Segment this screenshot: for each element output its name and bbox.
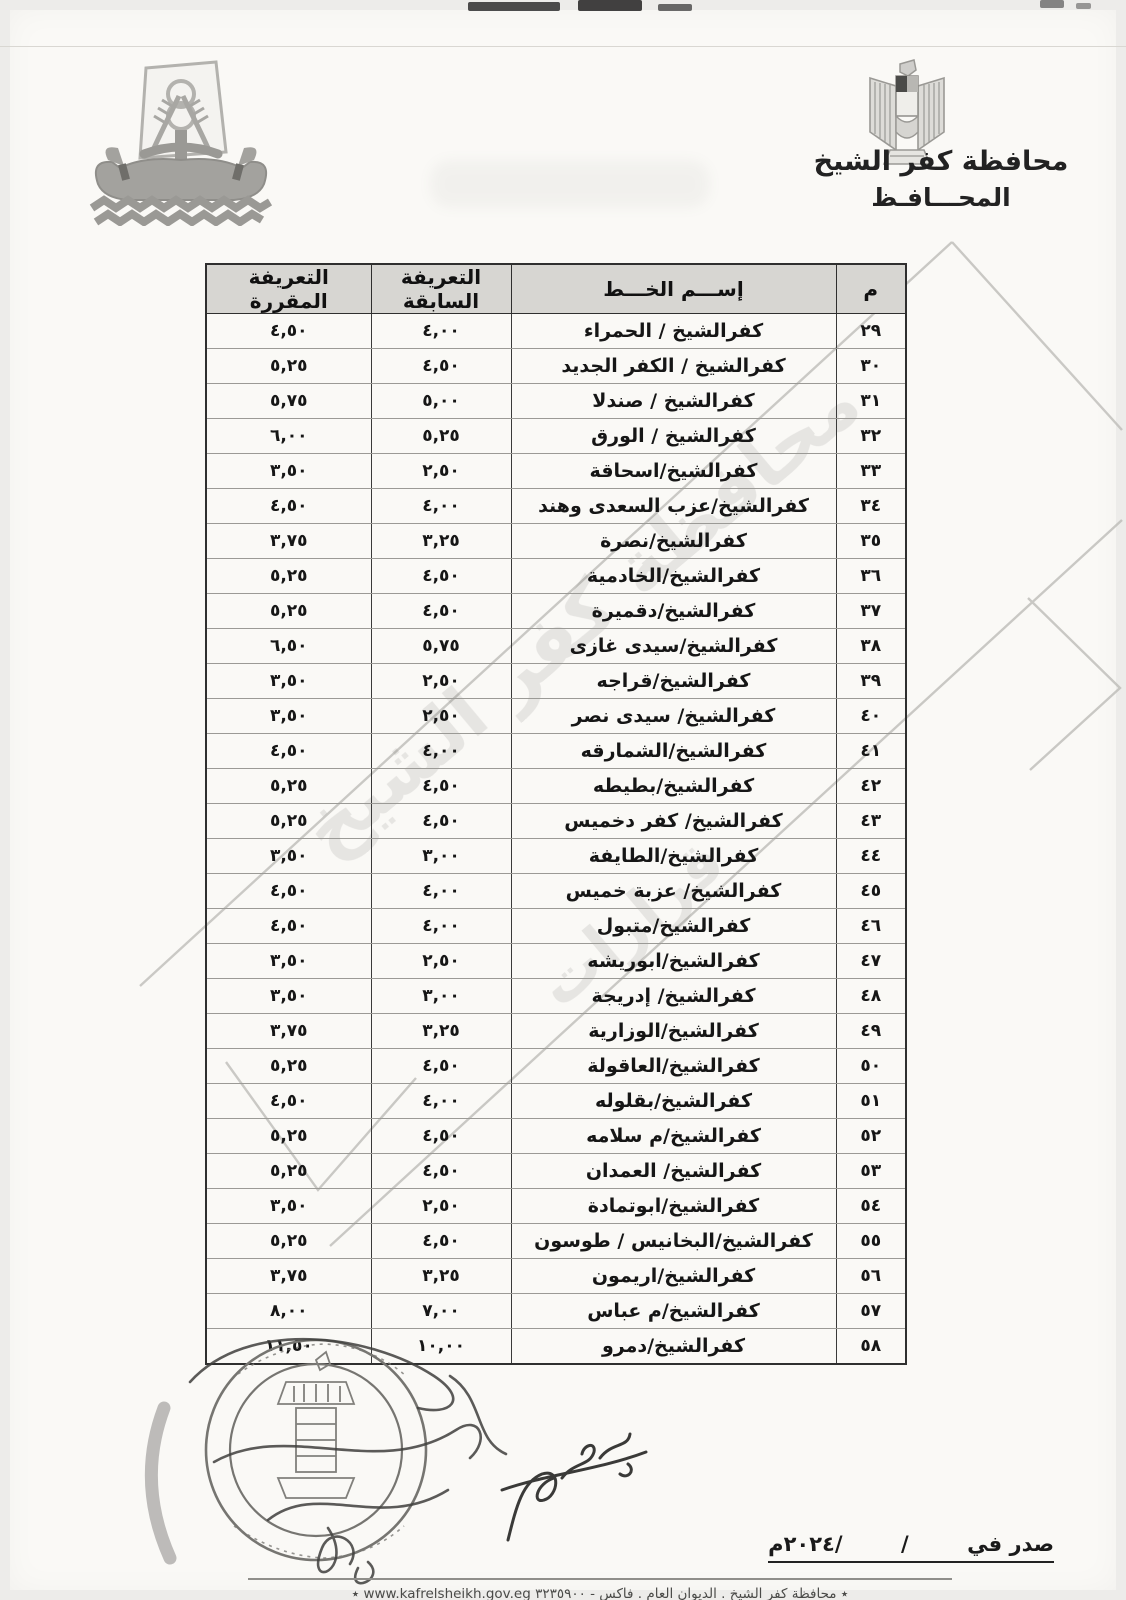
row-no: ٤٩: [836, 1014, 906, 1049]
row-previous-tariff: ٤,٥٠: [371, 1049, 511, 1084]
row-line-name: كفرالشيخ/دقميرة: [511, 594, 836, 629]
row-line-name: كفرالشيخ/اريمون: [511, 1259, 836, 1294]
row-approved-tariff: ٣,٥٠: [206, 1189, 371, 1224]
table-row: ٣٨كفرالشيخ/سيدى غازى٥,٧٥٦,٥٠: [206, 629, 906, 664]
row-approved-tariff: ٤,٥٠: [206, 909, 371, 944]
scan-fold-line: [0, 46, 1126, 47]
table-row: ٥١كفرالشيخ/بقلوله٤,٠٠٤,٥٠: [206, 1084, 906, 1119]
row-no: ٥٨: [836, 1329, 906, 1364]
row-no: ٥١: [836, 1084, 906, 1119]
table-row: ٣٧كفرالشيخ/دقميرة٤,٥٠٥,٢٥: [206, 594, 906, 629]
row-approved-tariff: ٣,٥٠: [206, 699, 371, 734]
row-approved-tariff: ٥,٢٥: [206, 594, 371, 629]
table-header-row: م إســـم الخـــط التعريفة السابقة التعري…: [206, 264, 906, 314]
row-no: ٥٣: [836, 1154, 906, 1189]
row-no: ٤٥: [836, 874, 906, 909]
governorate-boat-logo: [84, 56, 279, 226]
row-no: ٣١: [836, 384, 906, 419]
scan-artifact: [468, 2, 560, 11]
row-line-name: كفرالشيخ/سيدى غازى: [511, 629, 836, 664]
table-row: ٤٣كفرالشيخ/ كفر دخميس٤,٥٠٥,٢٥: [206, 804, 906, 839]
official-stamp: [118, 1312, 538, 1600]
row-no: ٥٤: [836, 1189, 906, 1224]
row-line-name: كفرالشيخ/اسحاقة: [511, 454, 836, 489]
row-previous-tariff: ٣,٢٥: [371, 1259, 511, 1294]
scan-artifact: [1040, 0, 1064, 8]
table-row: ٤٤كفرالشيخ/الطايفة٣,٠٠٣,٥٠: [206, 839, 906, 874]
row-line-name: كفرالشيخ/متبول: [511, 909, 836, 944]
table-row: ٥٢كفرالشيخ/م سلامه٤,٥٠٥,٢٥: [206, 1119, 906, 1154]
row-no: ٥٦: [836, 1259, 906, 1294]
signature-governor: [478, 1412, 678, 1572]
col-header-approved-tariff: التعريفة المقررة: [206, 264, 371, 314]
table-row: ٣٠كفرالشيخ / الكفر الجديد٤,٥٠٥,٢٥: [206, 349, 906, 384]
row-line-name: كفرالشيخ/قراجه: [511, 664, 836, 699]
row-previous-tariff: ٢,٥٠: [371, 699, 511, 734]
row-no: ٣٧: [836, 594, 906, 629]
row-line-name: كفرالشيخ / الحمراء: [511, 314, 836, 349]
row-line-name: كفرالشيخ/البخانيس / طوسون: [511, 1224, 836, 1259]
row-no: ٣٤: [836, 489, 906, 524]
table-row: ٤٨كفرالشيخ/ إدريجة٣,٠٠٣,٥٠: [206, 979, 906, 1014]
row-previous-tariff: ٢,٥٠: [371, 1189, 511, 1224]
row-line-name: كفرالشيخ / الكفر الجديد: [511, 349, 836, 384]
table-row: ٥٥كفرالشيخ/البخانيس / طوسون٤,٥٠٥,٢٥: [206, 1224, 906, 1259]
table-row: ٥٤كفرالشيخ/ابوتمادة٢,٥٠٣,٥٠: [206, 1189, 906, 1224]
row-approved-tariff: ٣,٥٠: [206, 944, 371, 979]
table-row: ٢٩كفرالشيخ / الحمراء٤,٠٠٤,٥٠: [206, 314, 906, 349]
row-line-name: كفرالشيخ / الورق: [511, 419, 836, 454]
row-approved-tariff: ٣,٥٠: [206, 664, 371, 699]
row-previous-tariff: ٤,٥٠: [371, 349, 511, 384]
footer-contact: ٭ محافظة كفر الشيخ . الديوان العام . فاك…: [230, 1586, 970, 1600]
row-no: ٣٢: [836, 419, 906, 454]
issued-date-line: صدر في / /٢٠٢٤م: [768, 1532, 1054, 1563]
row-line-name: كفرالشيخ/ابوتمادة: [511, 1189, 836, 1224]
row-previous-tariff: ٣,٠٠: [371, 839, 511, 874]
row-line-name: كفرالشيخ/ كفر دخميس: [511, 804, 836, 839]
row-previous-tariff: ٣,٢٥: [371, 1014, 511, 1049]
row-approved-tariff: ٥,٢٥: [206, 1049, 371, 1084]
table-row: ٤١كفرالشيخ/الشمارقه٤,٠٠٤,٥٠: [206, 734, 906, 769]
scan-ghosting: [430, 160, 710, 208]
table-row: ٣٣كفرالشيخ/اسحاقة٢,٥٠٣,٥٠: [206, 454, 906, 489]
row-previous-tariff: ٤,٠٠: [371, 489, 511, 524]
row-previous-tariff: ٤,٠٠: [371, 874, 511, 909]
row-line-name: كفرالشيخ/العاقولة: [511, 1049, 836, 1084]
row-approved-tariff: ٣,٥٠: [206, 454, 371, 489]
row-line-name: كفرالشيخ / صندلا: [511, 384, 836, 419]
row-no: ٥٢: [836, 1119, 906, 1154]
col-header-line-name: إســـم الخـــط: [511, 264, 836, 314]
row-approved-tariff: ٥,٢٥: [206, 1154, 371, 1189]
row-approved-tariff: ٥,٢٥: [206, 769, 371, 804]
row-approved-tariff: ٤,٥٠: [206, 734, 371, 769]
row-no: ٣٦: [836, 559, 906, 594]
table-row: ٥٣كفرالشيخ/ العمدان٤,٥٠٥,٢٥: [206, 1154, 906, 1189]
table-row: ٤٦كفرالشيخ/متبول٤,٠٠٤,٥٠: [206, 909, 906, 944]
row-line-name: كفرالشيخ/ سيدى نصر: [511, 699, 836, 734]
row-line-name: كفرالشيخ/بطيطه: [511, 769, 836, 804]
row-previous-tariff: ٤,٥٠: [371, 769, 511, 804]
row-approved-tariff: ٤,٥٠: [206, 1084, 371, 1119]
row-no: ٤٤: [836, 839, 906, 874]
row-previous-tariff: ٤,٠٠: [371, 1084, 511, 1119]
row-previous-tariff: ٤,٥٠: [371, 559, 511, 594]
row-approved-tariff: ٣,٧٥: [206, 1014, 371, 1049]
row-no: ٣٨: [836, 629, 906, 664]
row-approved-tariff: ٤,٥٠: [206, 874, 371, 909]
row-previous-tariff: ٢,٥٠: [371, 664, 511, 699]
row-previous-tariff: ٤,٠٠: [371, 314, 511, 349]
row-line-name: كفرالشيخ/م عباس: [511, 1294, 836, 1329]
row-line-name: كفرالشيخ/الخادمية: [511, 559, 836, 594]
row-previous-tariff: ٣,٠٠: [371, 979, 511, 1014]
scan-artifact: [578, 0, 642, 11]
col-header-no: م: [836, 264, 906, 314]
row-line-name: كفرالشيخ/بقلوله: [511, 1084, 836, 1119]
row-previous-tariff: ٢,٥٠: [371, 944, 511, 979]
row-no: ٥٧: [836, 1294, 906, 1329]
row-line-name: كفرالشيخ/الطايفة: [511, 839, 836, 874]
scanned-document-page: محافظة كفر الشيخ المحـــافـظ محافظة كفر …: [0, 0, 1126, 1600]
footer-divider: [248, 1578, 952, 1580]
row-approved-tariff: ٥,٧٥: [206, 384, 371, 419]
row-approved-tariff: ٦,٠٠: [206, 419, 371, 454]
table-row: ٤٢كفرالشيخ/بطيطه٤,٥٠٥,٢٥: [206, 769, 906, 804]
row-previous-tariff: ٥,٢٥: [371, 419, 511, 454]
row-no: ٢٩: [836, 314, 906, 349]
row-no: ٤٦: [836, 909, 906, 944]
row-approved-tariff: ٦,٥٠: [206, 629, 371, 664]
row-approved-tariff: ٥,٢٥: [206, 1224, 371, 1259]
table-row: ٣١كفرالشيخ / صندلا٥,٠٠٥,٧٥: [206, 384, 906, 419]
row-approved-tariff: ٣,٥٠: [206, 839, 371, 874]
row-previous-tariff: ٥,٧٥: [371, 629, 511, 664]
row-line-name: كفرالشيخ/م سلامه: [511, 1119, 836, 1154]
scan-artifact: [658, 4, 692, 11]
row-no: ٤٠: [836, 699, 906, 734]
col-header-previous-tariff: التعريفة السابقة: [371, 264, 511, 314]
row-no: ٤٢: [836, 769, 906, 804]
row-line-name: كفرالشيخ/ عزبة خميس: [511, 874, 836, 909]
row-line-name: كفرالشيخ/نصرة: [511, 524, 836, 559]
row-approved-tariff: ٤,٥٠: [206, 489, 371, 524]
row-approved-tariff: ٥,٢٥: [206, 349, 371, 384]
row-previous-tariff: ٤,٠٠: [371, 909, 511, 944]
table-row: ٣٥كفرالشيخ/نصرة٣,٢٥٣,٧٥: [206, 524, 906, 559]
table-row: ٤٠كفرالشيخ/ سيدى نصر٢,٥٠٣,٥٠: [206, 699, 906, 734]
row-approved-tariff: ٥,٢٥: [206, 804, 371, 839]
row-no: ٤٣: [836, 804, 906, 839]
row-approved-tariff: ٥,٢٥: [206, 559, 371, 594]
row-no: ٣٣: [836, 454, 906, 489]
table-row: ٤٩كفرالشيخ/الوزارية٣,٢٥٣,٧٥: [206, 1014, 906, 1049]
tariff-table: م إســـم الخـــط التعريفة السابقة التعري…: [205, 263, 907, 1365]
row-no: ٣٠: [836, 349, 906, 384]
row-line-name: كفرالشيخ/ العمدان: [511, 1154, 836, 1189]
row-no: ٣٩: [836, 664, 906, 699]
row-previous-tariff: ٤,٥٠: [371, 1154, 511, 1189]
row-no: ٥٥: [836, 1224, 906, 1259]
row-approved-tariff: ٣,٧٥: [206, 524, 371, 559]
row-no: ٤١: [836, 734, 906, 769]
org-name: محافظة كفر الشيخ: [796, 146, 1086, 177]
table-row: ٣٦كفرالشيخ/الخادمية٤,٥٠٥,٢٥: [206, 559, 906, 594]
table-row: ٤٥كفرالشيخ/ عزبة خميس٤,٠٠٤,٥٠: [206, 874, 906, 909]
row-approved-tariff: ٤,٥٠: [206, 314, 371, 349]
row-line-name: كفرالشيخ/عزب السعدى وهند: [511, 489, 836, 524]
table-row: ٤٧كفرالشيخ/ابوريشه٢,٥٠٣,٥٠: [206, 944, 906, 979]
table-row: ٣٩كفرالشيخ/قراجه٢,٥٠٣,٥٠: [206, 664, 906, 699]
row-line-name: كفرالشيخ/الوزارية: [511, 1014, 836, 1049]
row-line-name: كفرالشيخ/الشمارقه: [511, 734, 836, 769]
office-title: المحـــافـظ: [796, 183, 1086, 212]
row-previous-tariff: ٥,٠٠: [371, 384, 511, 419]
scan-artifact: [1076, 3, 1091, 9]
row-previous-tariff: ٤,٥٠: [371, 804, 511, 839]
row-no: ٣٥: [836, 524, 906, 559]
table-row: ٥٦كفرالشيخ/اريمون٣,٢٥٣,٧٥: [206, 1259, 906, 1294]
row-approved-tariff: ٥,٢٥: [206, 1119, 371, 1154]
row-previous-tariff: ٣,٢٥: [371, 524, 511, 559]
row-line-name: كفرالشيخ/ابوريشه: [511, 944, 836, 979]
row-no: ٤٧: [836, 944, 906, 979]
row-previous-tariff: ٤,٥٠: [371, 1224, 511, 1259]
row-previous-tariff: ٤,٥٠: [371, 1119, 511, 1154]
row-line-name: كفرالشيخ/ إدريجة: [511, 979, 836, 1014]
row-previous-tariff: ٤,٠٠: [371, 734, 511, 769]
row-no: ٥٠: [836, 1049, 906, 1084]
row-previous-tariff: ٢,٥٠: [371, 454, 511, 489]
row-no: ٤٨: [836, 979, 906, 1014]
table-row: ٣٤كفرالشيخ/عزب السعدى وهند٤,٠٠٤,٥٠: [206, 489, 906, 524]
row-approved-tariff: ٣,٥٠: [206, 979, 371, 1014]
table-row: ٣٢كفرالشيخ / الورق٥,٢٥٦,٠٠: [206, 419, 906, 454]
table-row: ٥٠كفرالشيخ/العاقولة٤,٥٠٥,٢٥: [206, 1049, 906, 1084]
row-line-name: كفرالشيخ/دمرو: [511, 1329, 836, 1364]
row-approved-tariff: ٣,٧٥: [206, 1259, 371, 1294]
row-previous-tariff: ٤,٥٠: [371, 594, 511, 629]
